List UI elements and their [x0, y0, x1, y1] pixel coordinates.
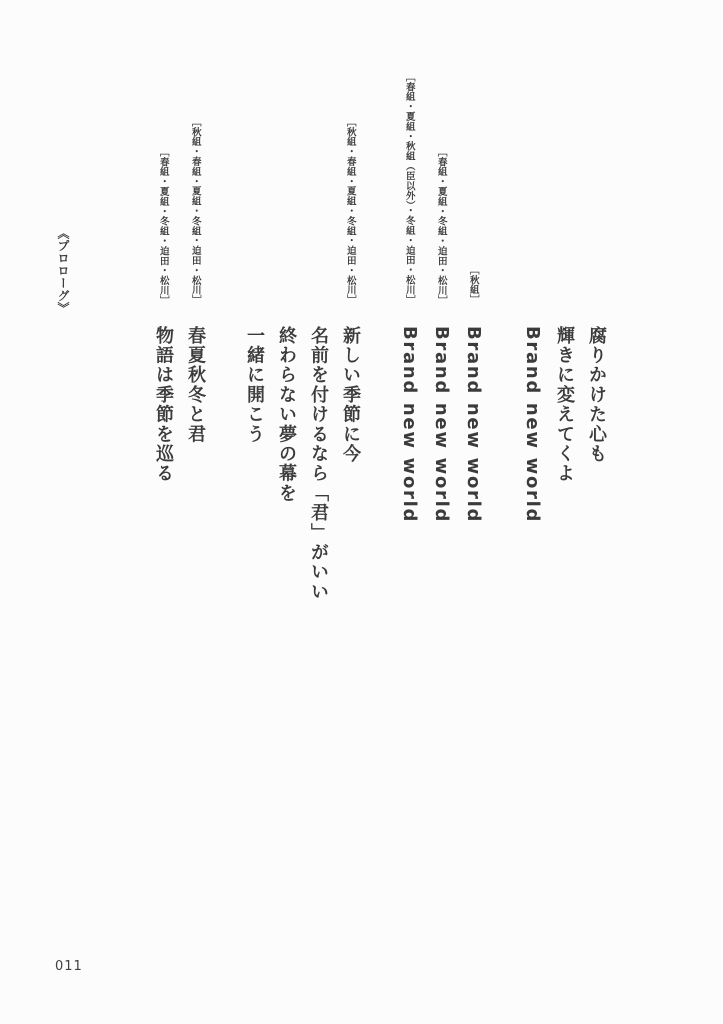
troupe-label: ［春組・夏組・冬組・迫田・松川］	[436, 147, 446, 305]
lyric-text: 輝きに変えてくよ	[554, 326, 575, 484]
lyric-line: 一緒に開こう	[238, 326, 270, 926]
section-label: 《プロローグ》	[55, 227, 72, 315]
lyric-text: 物語は季節を巡る	[153, 326, 174, 484]
lyric-text: Brand new world	[399, 326, 420, 523]
lyric-line: ［秋組・春組・夏組・冬組・迫田・松川］春夏秋冬と君	[179, 326, 211, 926]
troupe-label: ［秋組・春組・夏組・冬組・迫田・松川］	[345, 117, 355, 305]
lyric-text: 終わらない夢の幕を	[276, 326, 297, 503]
lyric-line: 腐りかけた心も	[580, 326, 612, 926]
stanza-4: ［秋組・春組・夏組・冬組・迫田・松川］春夏秋冬と君［春組・夏組・冬組・迫田・松川…	[147, 326, 211, 926]
lyric-text: Brand new world	[522, 326, 543, 523]
lyric-text: Brand new world	[463, 326, 484, 523]
stanza-3: ［秋組・春組・夏組・冬組・迫田・松川］新しい季節に今名前を付けるなら「君」がいい…	[238, 326, 366, 926]
lyric-line: ［春組・夏組・秋組（臣以外）・冬組・迫田・松川］Brand new world	[393, 326, 425, 926]
lyrics-block: 腐りかけた心も輝きに変えてくよBrand new world［秋組］Brand …	[147, 326, 612, 926]
lyric-line: ［秋組］Brand new world	[457, 326, 489, 926]
book-page: 腐りかけた心も輝きに変えてくよBrand new world［秋組］Brand …	[0, 0, 723, 1024]
lyric-line: 名前を付けるなら「君」がいい	[302, 326, 334, 926]
lyric-line: ［秋組・春組・夏組・冬組・迫田・松川］新しい季節に今	[334, 326, 366, 926]
lyric-text: 名前を付けるなら「君」がいい	[308, 326, 329, 602]
lyric-text: 新しい季節に今	[340, 326, 361, 464]
lyric-text: Brand new world	[431, 326, 452, 523]
troupe-label: ［春組・夏組・秋組（臣以外）・冬組・迫田・松川］	[404, 72, 414, 305]
lyric-line: ［春組・夏組・冬組・迫田・松川］物語は季節を巡る	[147, 326, 179, 926]
lyric-text: 腐りかけた心も	[586, 326, 607, 464]
page-number: 011	[55, 959, 83, 974]
lyric-text: 春夏秋冬と君	[185, 326, 206, 444]
troupe-label: ［秋組・春組・夏組・冬組・迫田・松川］	[190, 117, 200, 305]
lyric-line: ［春組・夏組・冬組・迫田・松川］Brand new world	[425, 326, 457, 926]
troupe-label: ［秋組］	[468, 265, 478, 305]
lyric-text: 一緒に開こう	[244, 326, 265, 444]
lyric-line: Brand new world	[516, 326, 548, 926]
lyric-line: 輝きに変えてくよ	[548, 326, 580, 926]
troupe-label: ［春組・夏組・冬組・迫田・松川］	[158, 147, 168, 305]
stanza-1: 腐りかけた心も輝きに変えてくよBrand new world	[516, 326, 612, 926]
lyric-line: 終わらない夢の幕を	[270, 326, 302, 926]
stanza-2: ［秋組］Brand new world［春組・夏組・冬組・迫田・松川］Brand…	[393, 326, 489, 926]
